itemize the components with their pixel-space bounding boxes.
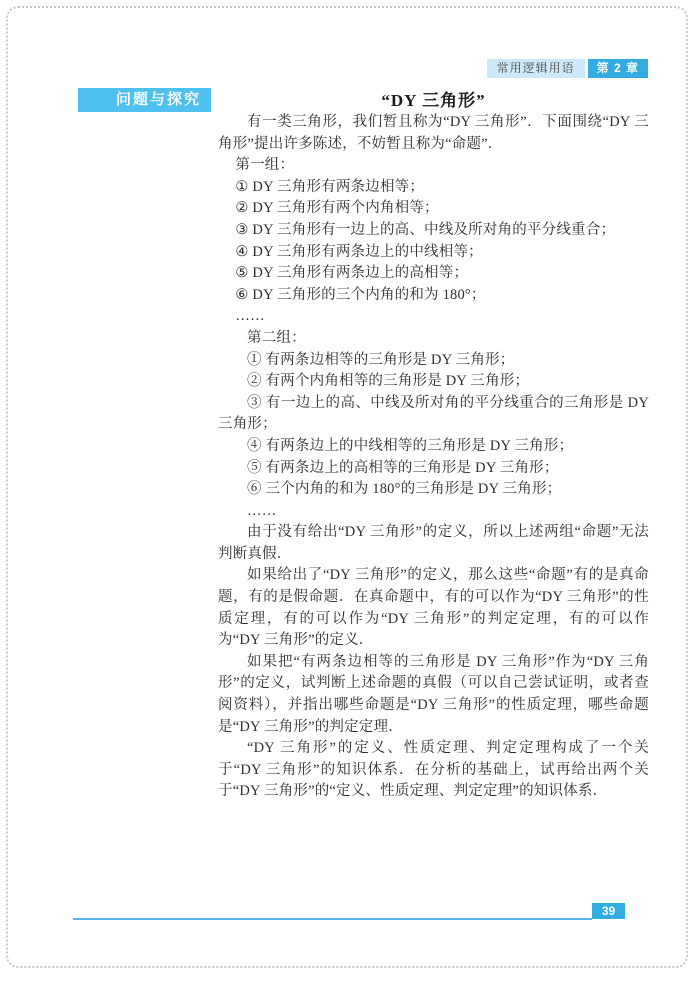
paragraph-if-defined: 如果给出了“DY 三角形”的定义，那么这些“命题”有的是真命题，有的是假命题．在… <box>218 565 649 651</box>
group2-item: ③ 有一边上的高、中线及所对角的平分线重合的三角形是 DY 三角形； <box>218 393 649 436</box>
group2-label: 第二组： <box>218 328 649 350</box>
explore-section-badge: 问题与探究 <box>78 88 211 112</box>
page-number: 39 <box>592 903 625 919</box>
footer-rule <box>73 918 592 920</box>
group1-ellipsis: …… <box>218 306 649 328</box>
paragraph-task-judge: 如果把“有两条边相等的三角形是 DY 三角形”作为“DY 三角形”的定义，试判断… <box>218 652 649 738</box>
group1-item: ① DY 三角形有两条边相等； <box>218 177 649 199</box>
page-title: “DY 三角形” <box>218 86 649 111</box>
paragraph-undecidable: 由于没有给出“DY 三角形”的定义，所以上述两组“命题”无法判断真假． <box>218 522 649 565</box>
page-header: 常用逻辑用语 第 2 章 <box>487 59 648 78</box>
group2-item: ④ 有两条边上的中线相等的三角形是 DY 三角形； <box>218 436 649 458</box>
group2-item: ⑤ 有两条边上的高相等的三角形是 DY 三角形； <box>218 458 649 480</box>
group1-item: ⑥ DY 三角形的三个内角的和为 180°； <box>218 285 649 307</box>
group1-item: ③ DY 三角形有一边上的高、中线及所对角的平分线重合； <box>218 220 649 242</box>
header-chapter-badge: 第 2 章 <box>588 59 648 78</box>
group1-item: ⑤ DY 三角形有两条边上的高相等； <box>218 263 649 285</box>
group2-item: ⑥ 三个内角的和为 180°的三角形是 DY 三角形； <box>218 479 649 501</box>
group2-item: ② 有两个内角相等的三角形是 DY 三角形； <box>218 371 649 393</box>
group2-ellipsis: …… <box>218 501 649 523</box>
group1-label: 第一组： <box>218 155 649 177</box>
header-section-label: 常用逻辑用语 <box>487 59 585 78</box>
group1-item: ④ DY 三角形有两条边上的中线相等； <box>218 242 649 264</box>
group1-item: ② DY 三角形有两个内角相等； <box>218 198 649 220</box>
group2-item: ① 有两条边相等的三角形是 DY 三角形； <box>218 350 649 372</box>
intro-paragraph: 有一类三角形，我们暂且称为“DY 三角形”．下面围绕“DY 三角形”提出许多陈述… <box>218 112 649 155</box>
paragraph-knowledge-system: “DY 三角形”的定义、性质定理、判定定理构成了一个关于“DY 三角形”的知识体… <box>218 738 649 803</box>
body-text: 有一类三角形，我们暂且称为“DY 三角形”．下面围绕“DY 三角形”提出许多陈述… <box>218 112 649 803</box>
